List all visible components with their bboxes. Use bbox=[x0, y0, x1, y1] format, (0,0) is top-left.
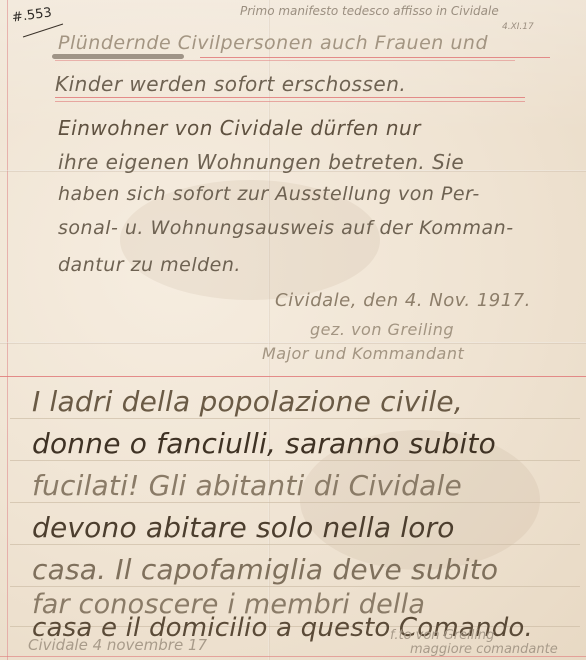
german-line: haben sich sofort zur Ausstellung von Pe… bbox=[58, 183, 480, 205]
left-margin-rule bbox=[7, 0, 8, 660]
document-scan: #.553 Primo manifesto tedesco affisso in… bbox=[0, 0, 586, 660]
italian-line: devono abitare solo nella loro bbox=[32, 511, 455, 544]
italian-line: I ladri della popolazione civile, bbox=[32, 385, 463, 418]
italian-signature-title: maggiore comandante bbox=[410, 642, 558, 657]
german-line-part: Plündernde Civilpersonen auch Frauen und bbox=[58, 32, 488, 54]
german-line: Einwohner von Cividale dürfen nur bbox=[58, 116, 421, 140]
ruled-line bbox=[10, 502, 580, 503]
red-rule bbox=[55, 97, 525, 98]
pencil-note: Primo manifesto tedesco affisso in Civid… bbox=[240, 4, 499, 18]
red-rule bbox=[0, 376, 586, 377]
german-line: dantur zu melden. bbox=[58, 254, 241, 276]
italian-signature: f.to von Greiling bbox=[390, 628, 494, 643]
red-rule bbox=[55, 60, 515, 61]
archive-reference: #.553 bbox=[11, 5, 53, 25]
italian-place-date: Cividale 4 novembre 17 bbox=[28, 636, 207, 654]
german-signature-title: Major und Kommandant bbox=[262, 344, 464, 363]
ruled-line bbox=[10, 544, 580, 545]
german-line: sonal- u. Wohnungsausweis auf der Komman… bbox=[58, 217, 514, 239]
german-line: ihre eigenen Wohnungen betreten. Sie bbox=[58, 150, 464, 174]
german-line: Plündernde Civilpersonen auch Frauen und bbox=[58, 32, 488, 54]
ink-underline bbox=[52, 54, 184, 59]
ruled-line bbox=[10, 586, 580, 587]
german-line: Kinder werden sofort erschossen. bbox=[55, 72, 406, 96]
italian-line: casa. Il capofamiglia deve subito bbox=[32, 553, 498, 586]
italian-line: donne o fanciulli, saranno subito bbox=[32, 427, 496, 460]
ruled-line bbox=[10, 418, 580, 419]
red-rule bbox=[55, 101, 525, 102]
red-rule bbox=[200, 57, 550, 58]
pencil-note-date: 4.XI.17 bbox=[502, 22, 534, 32]
italian-line: fucilati! Gli abitanti di Cividale bbox=[32, 469, 462, 502]
german-signature: gez. von Greiling bbox=[310, 320, 454, 339]
german-place-date: Cividale, den 4. Nov. 1917. bbox=[275, 290, 531, 311]
ruled-line bbox=[10, 460, 580, 461]
